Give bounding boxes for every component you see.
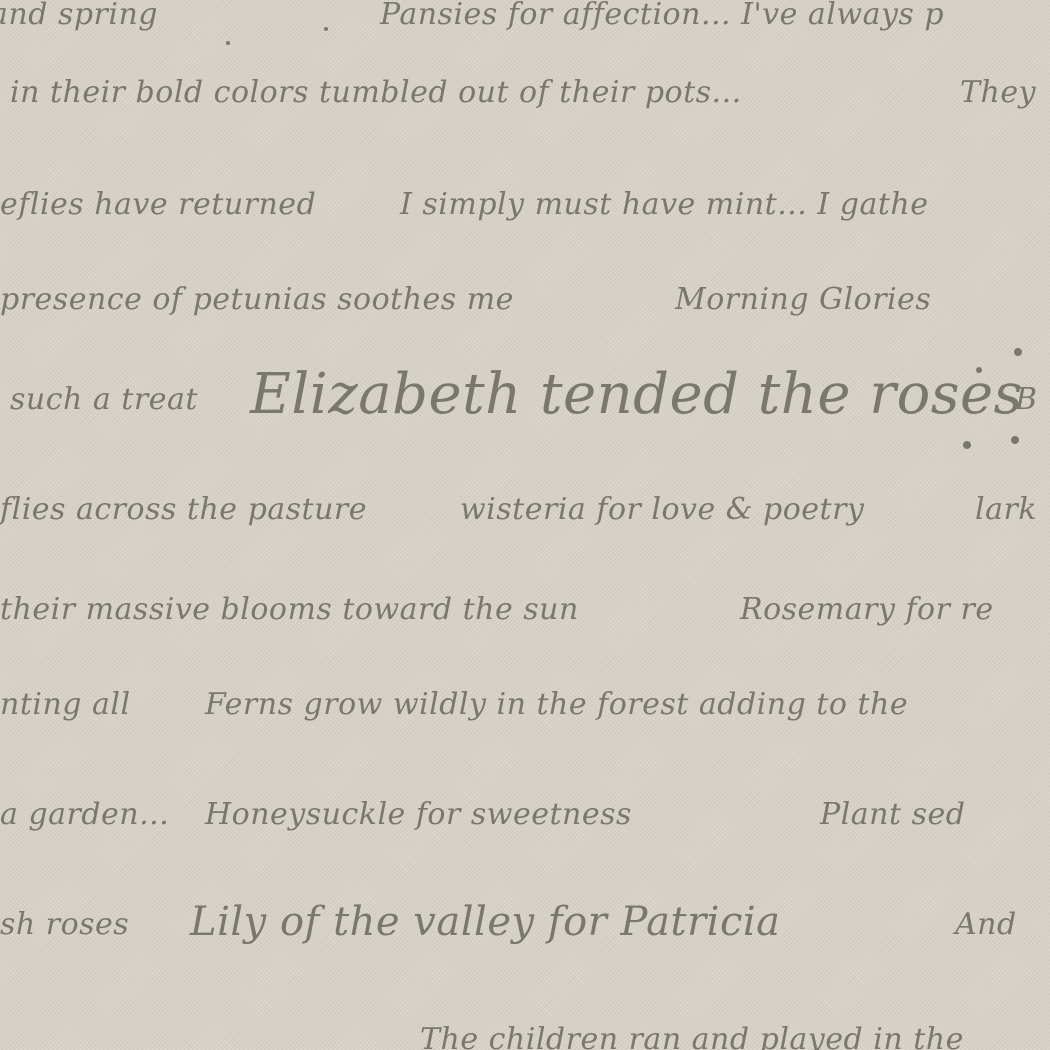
ink-dot	[324, 27, 328, 31]
ink-dot	[963, 441, 971, 449]
script-phrase: Morning Glories	[675, 285, 931, 315]
ink-dot	[226, 41, 230, 45]
script-phrase: The children ran and played in the	[420, 1025, 964, 1050]
script-phrase: sh roses	[0, 910, 129, 940]
script-phrase: Ferns grow wildly in the forest adding t…	[205, 690, 908, 720]
script-phrase: a garden...	[0, 800, 169, 830]
script-phrase: Honeysuckle for sweetness	[205, 800, 632, 830]
script-phrase: Plant sed	[820, 800, 965, 830]
script-phrase: presence of petunias soothes me	[0, 285, 514, 315]
script-phrase: and spring	[0, 0, 158, 30]
script-phrase: such a treat	[10, 385, 198, 415]
script-phrase: Rosemary for re	[740, 595, 994, 625]
script-phrase: They	[960, 78, 1036, 108]
script-phrase: And	[955, 910, 1017, 940]
script-phrase: Lily of the valley for Patricia	[190, 902, 781, 942]
script-phrase: eflies have returned	[0, 190, 316, 220]
script-phrase: B	[1015, 385, 1038, 415]
script-phrase: wisteria for love & poetry	[460, 495, 864, 525]
script-fabric-print: and springPansies for affection... I've …	[0, 0, 1050, 1050]
ink-dot	[1014, 348, 1022, 356]
script-phrase: Pansies for affection... I've always p	[380, 0, 944, 30]
script-phrase: in their bold colors tumbled out of thei…	[10, 78, 742, 108]
script-phrase: lark	[975, 495, 1037, 525]
ink-dot	[976, 367, 982, 373]
script-phrase: their massive blooms toward the sun	[0, 595, 579, 625]
script-phrase: I simply must have mint... I gathe	[400, 190, 928, 220]
script-phrase: Elizabeth tended the roses	[250, 367, 1023, 423]
ink-dot	[1001, 385, 1005, 389]
script-phrase: flies across the pasture	[0, 495, 367, 525]
script-phrase: nting all	[0, 690, 131, 720]
ink-dot	[1011, 436, 1019, 444]
